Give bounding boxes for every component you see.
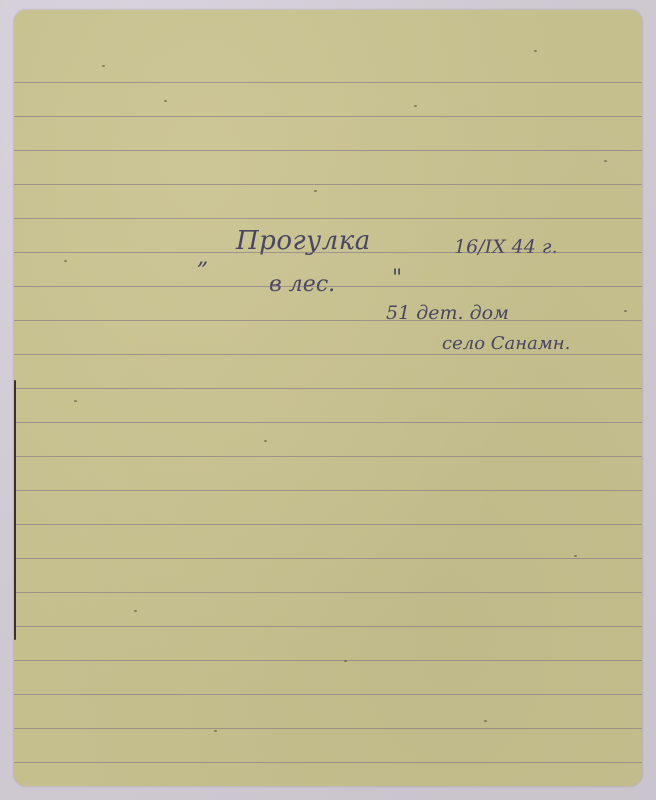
paper-speck <box>604 160 607 162</box>
ruled-line <box>14 762 642 763</box>
paper-speck <box>164 100 167 102</box>
ruled-line <box>14 524 642 525</box>
paper-sheet: „ Прогулка в лес. " 16/IX 44 г. 51 дет. … <box>14 10 642 786</box>
paper-speck <box>344 660 347 662</box>
ruled-line <box>14 116 642 117</box>
paper-speck <box>484 720 487 722</box>
ruled-line <box>14 728 642 729</box>
ruled-line <box>14 626 642 627</box>
ruled-line <box>14 660 642 661</box>
ruled-line <box>14 150 642 151</box>
village-text: село Санамн. <box>442 333 570 354</box>
page-binding-edge <box>14 380 16 640</box>
ruled-line <box>14 286 642 287</box>
paper-speck <box>574 555 577 557</box>
paper-speck <box>102 65 105 67</box>
ruled-line <box>14 184 642 185</box>
paper-speck <box>214 730 217 732</box>
ruled-line <box>14 456 642 457</box>
ruled-line <box>14 490 642 491</box>
paper-speck <box>534 50 537 52</box>
ruled-line <box>14 320 642 321</box>
paper-speck <box>134 610 137 612</box>
ruled-line <box>14 422 642 423</box>
ruled-line <box>14 82 642 83</box>
quote-open-mark: „ <box>197 245 208 270</box>
ruled-line <box>14 354 642 355</box>
paper-speck <box>74 400 77 402</box>
ruled-line <box>14 388 642 389</box>
paper-speck <box>64 260 67 262</box>
paper-speck <box>314 190 317 192</box>
title-line-2: в лес. <box>269 272 335 297</box>
paper-speck <box>624 310 627 312</box>
ruled-line <box>14 694 642 695</box>
ruled-line <box>14 218 642 219</box>
date-text: 16/IX 44 г. <box>454 236 558 258</box>
ruled-line <box>14 252 642 253</box>
quote-close-mark: " <box>392 266 402 291</box>
ruled-line <box>14 558 642 559</box>
paper-speck <box>414 105 417 107</box>
ruled-line <box>14 592 642 593</box>
paper-speck <box>264 440 267 442</box>
